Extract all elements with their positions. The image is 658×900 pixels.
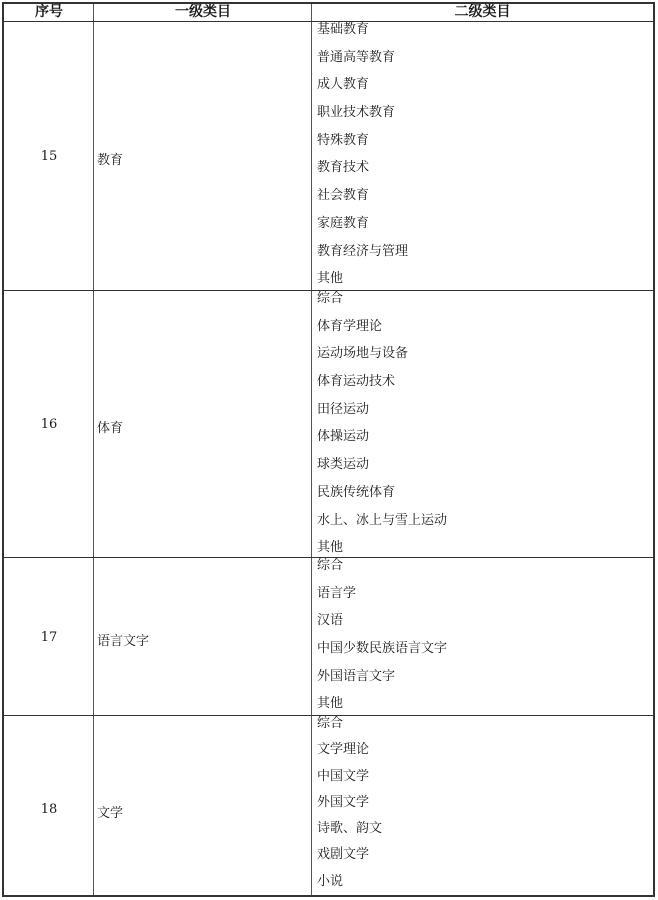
table-header-row: 序号 一级类目 二级类目 <box>4 4 653 22</box>
row-index: 17 <box>4 630 94 645</box>
level2-item: 汉语 <box>315 613 653 641</box>
category-table: 序号 一级类目 二级类目 15 教育 基础教育 普通高等教育 成人教育 职业技术… <box>2 2 655 897</box>
level2-item: 普通高等教育 <box>315 50 653 78</box>
level2-item: 综合 <box>315 716 653 742</box>
level2-item: 中国少数民族语言文字 <box>315 641 653 669</box>
level2-item: 小说 <box>315 874 653 900</box>
level2-list: 综合 文学理论 中国文学 外国文学 诗歌、韵文 戏剧文学 小说 <box>315 716 653 900</box>
table-row-group: 15 教育 基础教育 普通高等教育 成人教育 职业技术教育 特殊教育 教育技术 … <box>4 22 653 291</box>
level2-item: 球类运动 <box>315 457 653 485</box>
level2-item: 外国语言文字 <box>315 669 653 697</box>
level1-category: 体育 <box>97 417 123 436</box>
row-index: 18 <box>4 802 94 817</box>
level2-item: 运动场地与设备 <box>315 346 653 374</box>
level2-item: 诗歌、韵文 <box>315 821 653 847</box>
level1-category: 教育 <box>97 149 123 168</box>
level2-item: 水上、冰上与雪上运动 <box>315 513 653 541</box>
level2-item: 成人教育 <box>315 77 653 105</box>
level2-item: 外国文学 <box>315 795 653 821</box>
level2-item: 戏剧文学 <box>315 847 653 873</box>
level2-item: 民族传统体育 <box>315 485 653 513</box>
level1-category: 文学 <box>97 802 123 821</box>
level2-item: 文学理论 <box>315 742 653 768</box>
row-index: 15 <box>4 149 94 164</box>
level2-list: 综合 语言学 汉语 中国少数民族语言文字 外国语言文字 其他 <box>315 558 653 724</box>
level2-list: 综合 体育学理论 运动场地与设备 体育运动技术 田径运动 体操运动 球类运动 民… <box>315 291 653 568</box>
header-level2: 二级类目 <box>312 4 653 21</box>
level2-item: 中国文学 <box>315 769 653 795</box>
level2-item: 体育学理论 <box>315 319 653 347</box>
level2-item: 职业技术教育 <box>315 105 653 133</box>
level2-item: 社会教育 <box>315 188 653 216</box>
table-row-group: 18 文学 综合 文学理论 中国文学 外国文学 诗歌、韵文 戏剧文学 小说 <box>4 716 653 895</box>
level2-item: 综合 <box>315 558 653 586</box>
level2-item: 体育运动技术 <box>315 374 653 402</box>
table-row-group: 17 语言文字 综合 语言学 汉语 中国少数民族语言文字 外国语言文字 其他 <box>4 558 653 716</box>
level2-list: 基础教育 普通高等教育 成人教育 职业技术教育 特殊教育 教育技术 社会教育 家… <box>315 22 653 299</box>
level2-item: 基础教育 <box>315 22 653 50</box>
header-level1: 一级类目 <box>94 4 312 21</box>
level2-item: 家庭教育 <box>315 216 653 244</box>
level2-item: 特殊教育 <box>315 133 653 161</box>
level2-item: 田径运动 <box>315 402 653 430</box>
level2-item: 综合 <box>315 291 653 319</box>
level2-item: 语言学 <box>315 586 653 614</box>
level1-category: 语言文字 <box>97 630 149 649</box>
row-index: 16 <box>4 417 94 432</box>
table-row-group: 16 体育 综合 体育学理论 运动场地与设备 体育运动技术 田径运动 体操运动 … <box>4 291 653 558</box>
header-index: 序号 <box>4 4 94 21</box>
level2-item: 教育技术 <box>315 160 653 188</box>
level2-item: 体操运动 <box>315 429 653 457</box>
level2-item: 教育经济与管理 <box>315 244 653 272</box>
